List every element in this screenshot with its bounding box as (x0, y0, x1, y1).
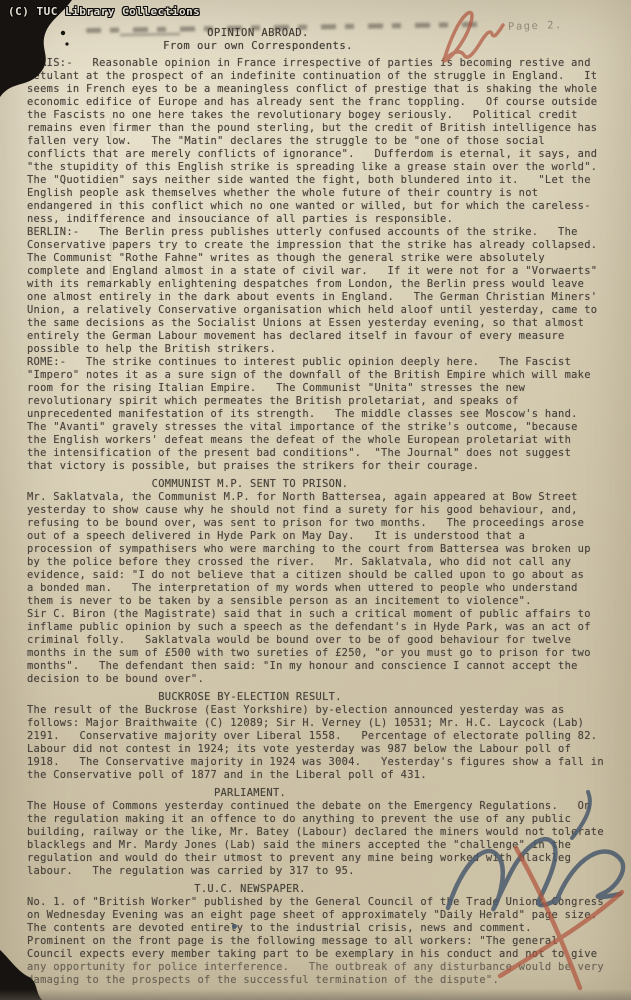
text-line: that victory is possible, but praises th… (27, 460, 605, 473)
text-line: one almost entirely in the dark about ev… (27, 291, 605, 304)
text-line: out of a speech delivered in Hyde Park o… (27, 530, 605, 543)
text-line: inflame public opinion by such a speech … (27, 621, 605, 634)
text-line: months in the sum of £500 with two suret… (27, 647, 605, 660)
text-line: "the stupidity of this English strike is… (27, 161, 605, 174)
text-line: Council expects every member taking part… (27, 948, 605, 961)
document-body: PARIS:- Reasonable opinion in France irr… (27, 57, 605, 987)
text-line: the intensification of the present bad c… (27, 447, 605, 460)
document-title: OPINION ABROAD. (0, 27, 547, 40)
text-line: ROME:- The strike continues to interest … (27, 356, 605, 369)
text-line: Sir C. Biron (the Magistrate) said that … (27, 608, 605, 621)
text-line: English people ask themselves whether th… (27, 187, 605, 200)
text-line: The Communist "Rothe Fahne" writes as th… (27, 252, 605, 265)
text-line: room for the rising Italian Empire. The … (27, 382, 605, 395)
document-section: BUCKROSE BY-ELECTION RESULT.The result o… (27, 691, 605, 782)
text-line: unprecedented manifestation of its stren… (27, 408, 605, 421)
text-line: "Impero" notes it as a sure sign of the … (27, 369, 605, 382)
text-line: them is never to be taken by a sensible … (27, 595, 605, 608)
text-line: regulation and would do their utmost to … (27, 852, 605, 865)
document-section: PARLIAMENT.The House of Commons yesterda… (27, 787, 605, 878)
text-line: remains even firmer than the pound sterl… (27, 122, 605, 135)
text-line: Labour did not contest in 1924; its vote… (27, 743, 605, 756)
document-section: T.U.C. NEWSPAPER.No. 1. of "British Work… (27, 883, 605, 987)
text-line: refusing to be bound over, was sent to p… (27, 517, 605, 530)
text-line: The "Avanti" gravely stresses the vital … (27, 421, 605, 434)
document-section: PARIS:- Reasonable opinion in France irr… (27, 57, 605, 473)
text-line: criminal folly. Saklatvala would be boun… (27, 634, 605, 647)
text-line: Prominent on the front page is the follo… (27, 935, 605, 948)
text-line: possible to help the British strikers. (27, 343, 605, 356)
scan-bottom-edge (0, 989, 631, 1000)
text-line: 2191. Conservative majority over Liberal… (27, 730, 605, 743)
text-line: decision to be bound over". (27, 673, 605, 686)
text-line: by the police before they crossed the ri… (27, 556, 605, 569)
text-line: The "Quotidien" says neither side wanted… (27, 174, 605, 187)
text-line: with its remarkably enlightening despatc… (27, 278, 605, 291)
text-line: entirely the German Labour movement has … (27, 330, 605, 343)
text-line: revolutionary spirit which permeates the… (27, 395, 605, 408)
text-line: 1918. The Conservative majority in 1924 … (27, 756, 605, 769)
text-line: The contents are devoted entirely to the… (27, 922, 605, 935)
text-line: any opportunity for police interference.… (27, 961, 605, 974)
text-line: the same decisions as the Socialist Unio… (27, 317, 605, 330)
text-line: the regulation making it an offence to d… (27, 813, 605, 826)
text-line: evidence, said: "I do not believe that a… (27, 569, 605, 582)
text-line: the English workers' defeat means the de… (27, 434, 605, 447)
section-heading: T.U.C. NEWSPAPER. (0, 883, 539, 896)
section-heading: BUCKROSE BY-ELECTION RESULT. (0, 691, 539, 704)
text-line: seems in French eyes to be a meaningless… (27, 83, 605, 96)
text-line: The result of the Buckrose (East Yorkshi… (27, 704, 605, 717)
text-line: The House of Commons yesterday continued… (27, 800, 605, 813)
text-line: damaging to the prospects of the success… (27, 974, 605, 987)
text-line: labour. The regulation was carried by 31… (27, 865, 605, 878)
document-page: Page 2. OPINION ABROAD. From our own Cor… (0, 0, 631, 1000)
text-line: building, railway or the like, Mr. Batey… (27, 826, 605, 839)
text-line: economic edifice of Europe and has alrea… (27, 96, 605, 109)
text-line: blacklegs and Mr. Mardy Jones (Lab) said… (27, 839, 605, 852)
text-line: on Wednesday Evening was an eight page s… (27, 909, 605, 922)
typewritten-document: OPINION ABROAD. From our own Corresponde… (27, 27, 605, 987)
text-line: Union, a relatively Conservative organis… (27, 304, 605, 317)
text-line: the Conservative poll of 1877 and in the… (27, 769, 605, 782)
text-line: Conservative papers try to create the im… (27, 239, 605, 252)
section-heading: PARLIAMENT. (0, 787, 539, 800)
text-line: the Fascists no one here takes the revol… (27, 109, 605, 122)
text-line: procession of sympathisers who were marc… (27, 543, 605, 556)
blue-pencil-dot (232, 924, 237, 929)
text-line: PARIS:- Reasonable opinion in France irr… (27, 57, 605, 70)
document-subtitle: From our own Correspondents. (0, 40, 547, 53)
text-line: a bonded man. The interpretation of my w… (27, 582, 605, 595)
text-line: conflicts that are merely conflicts of i… (27, 148, 605, 161)
text-line: petulant at the prospect of an indefinit… (27, 70, 605, 83)
section-heading: COMMUNIST M.P. SENT TO PRISON. (0, 478, 539, 491)
document-section: COMMUNIST M.P. SENT TO PRISON.Mr. Saklat… (27, 478, 605, 686)
text-line: fallen very low. The "Matin" declares th… (27, 135, 605, 148)
text-line: follows: Major Braithwaite (C) 12089; Si… (27, 717, 605, 730)
text-line: endangered in this conflict which no one… (27, 200, 605, 213)
text-line: No. 1. of "British Worker" published by … (27, 896, 605, 909)
text-line: complete and England almost in a state o… (27, 265, 605, 278)
text-line: Mr. Saklatvala, the Communist M.P. for N… (27, 491, 605, 504)
text-line: yesterday to show cause why he should no… (27, 504, 605, 517)
text-line: ness, indifference and insouciance of al… (27, 213, 605, 226)
text-line: months". The defendant then said: "In my… (27, 660, 605, 673)
copyright-watermark: (C) TUC Library Collections (8, 5, 200, 18)
text-line: BERLIN:- The Berlin press publishes utte… (27, 226, 605, 239)
